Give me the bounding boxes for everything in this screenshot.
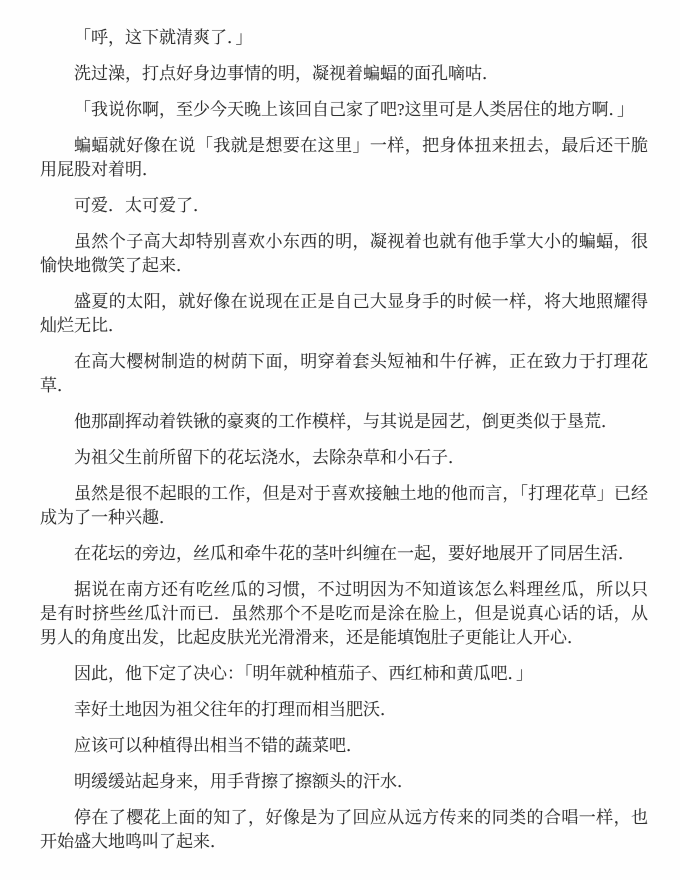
- paragraph: 在花坛的旁边，丝瓜和牵牛花的茎叶纠缠在一起，要好地展开了同居生活．: [40, 542, 648, 566]
- paragraph: 为祖父生前所留下的花坛浇水，去除杂草和小石子．: [40, 446, 648, 470]
- paragraph-dialogue: 「我说你啊，至少今天晚上该回自己家了吧?这里可是人类居住的地方啊．」: [40, 98, 648, 122]
- paragraph: 虽然是很不起眼的工作，但是对于喜欢接触土地的他而言，「打理花草」已经成为了一种兴…: [40, 482, 648, 530]
- paragraph: 洗过澡，打点好身边事情的明，凝视着蝙蝠的面孔嘀咕．: [40, 62, 648, 86]
- paragraph: 他那副挥动着铁锹的豪爽的工作模样，与其说是园艺，倒更类似于垦荒．: [40, 410, 648, 434]
- paragraph: 蝙蝠就好像在说「我就是想要在这里」一样，把身体扭来扭去，最后还干脆用屁股对着明．: [40, 134, 648, 182]
- paragraph: 停在了樱花上面的知了，好像是为了回应从远方传来的同类的合唱一样，也开始盛大地鸣叫…: [40, 806, 648, 854]
- paragraph-dialogue: 「呼，这下就清爽了．」: [40, 26, 648, 50]
- paragraph: 应该可以种植得出相当不错的蔬菜吧．: [40, 734, 648, 758]
- paragraph: 在高大樱树制造的树荫下面，明穿着套头短袖和牛仔裤，正在致力于打理花草．: [40, 350, 648, 398]
- paragraph: 可爱．太可爱了．: [40, 194, 648, 218]
- paragraph: 幸好土地因为祖父往年的打理而相当肥沃．: [40, 698, 648, 722]
- paragraph-dialogue: 因此，他下定了决心：「明年就种植茄子、西红柿和黄瓜吧．」: [40, 662, 648, 686]
- paragraph: 盛夏的太阳，就好像在说现在正是自己大显身手的时候一样，将大地照耀得灿烂无比．: [40, 290, 648, 338]
- novel-text-page: 「呼，这下就清爽了．」 洗过澡，打点好身边事情的明，凝视着蝙蝠的面孔嘀咕． 「我…: [0, 0, 680, 880]
- paragraph: 据说在南方还有吃丝瓜的习惯，不过明因为不知道该怎么料理丝瓜，所以只是有时挤些丝瓜…: [40, 578, 648, 650]
- paragraph: 明缓缓站起身来，用手背擦了擦额头的汗水．: [40, 770, 648, 794]
- paragraph: 虽然个子高大却特别喜欢小东西的明，凝视着也就有他手掌大小的蝙蝠，很愉快地微笑了起…: [40, 230, 648, 278]
